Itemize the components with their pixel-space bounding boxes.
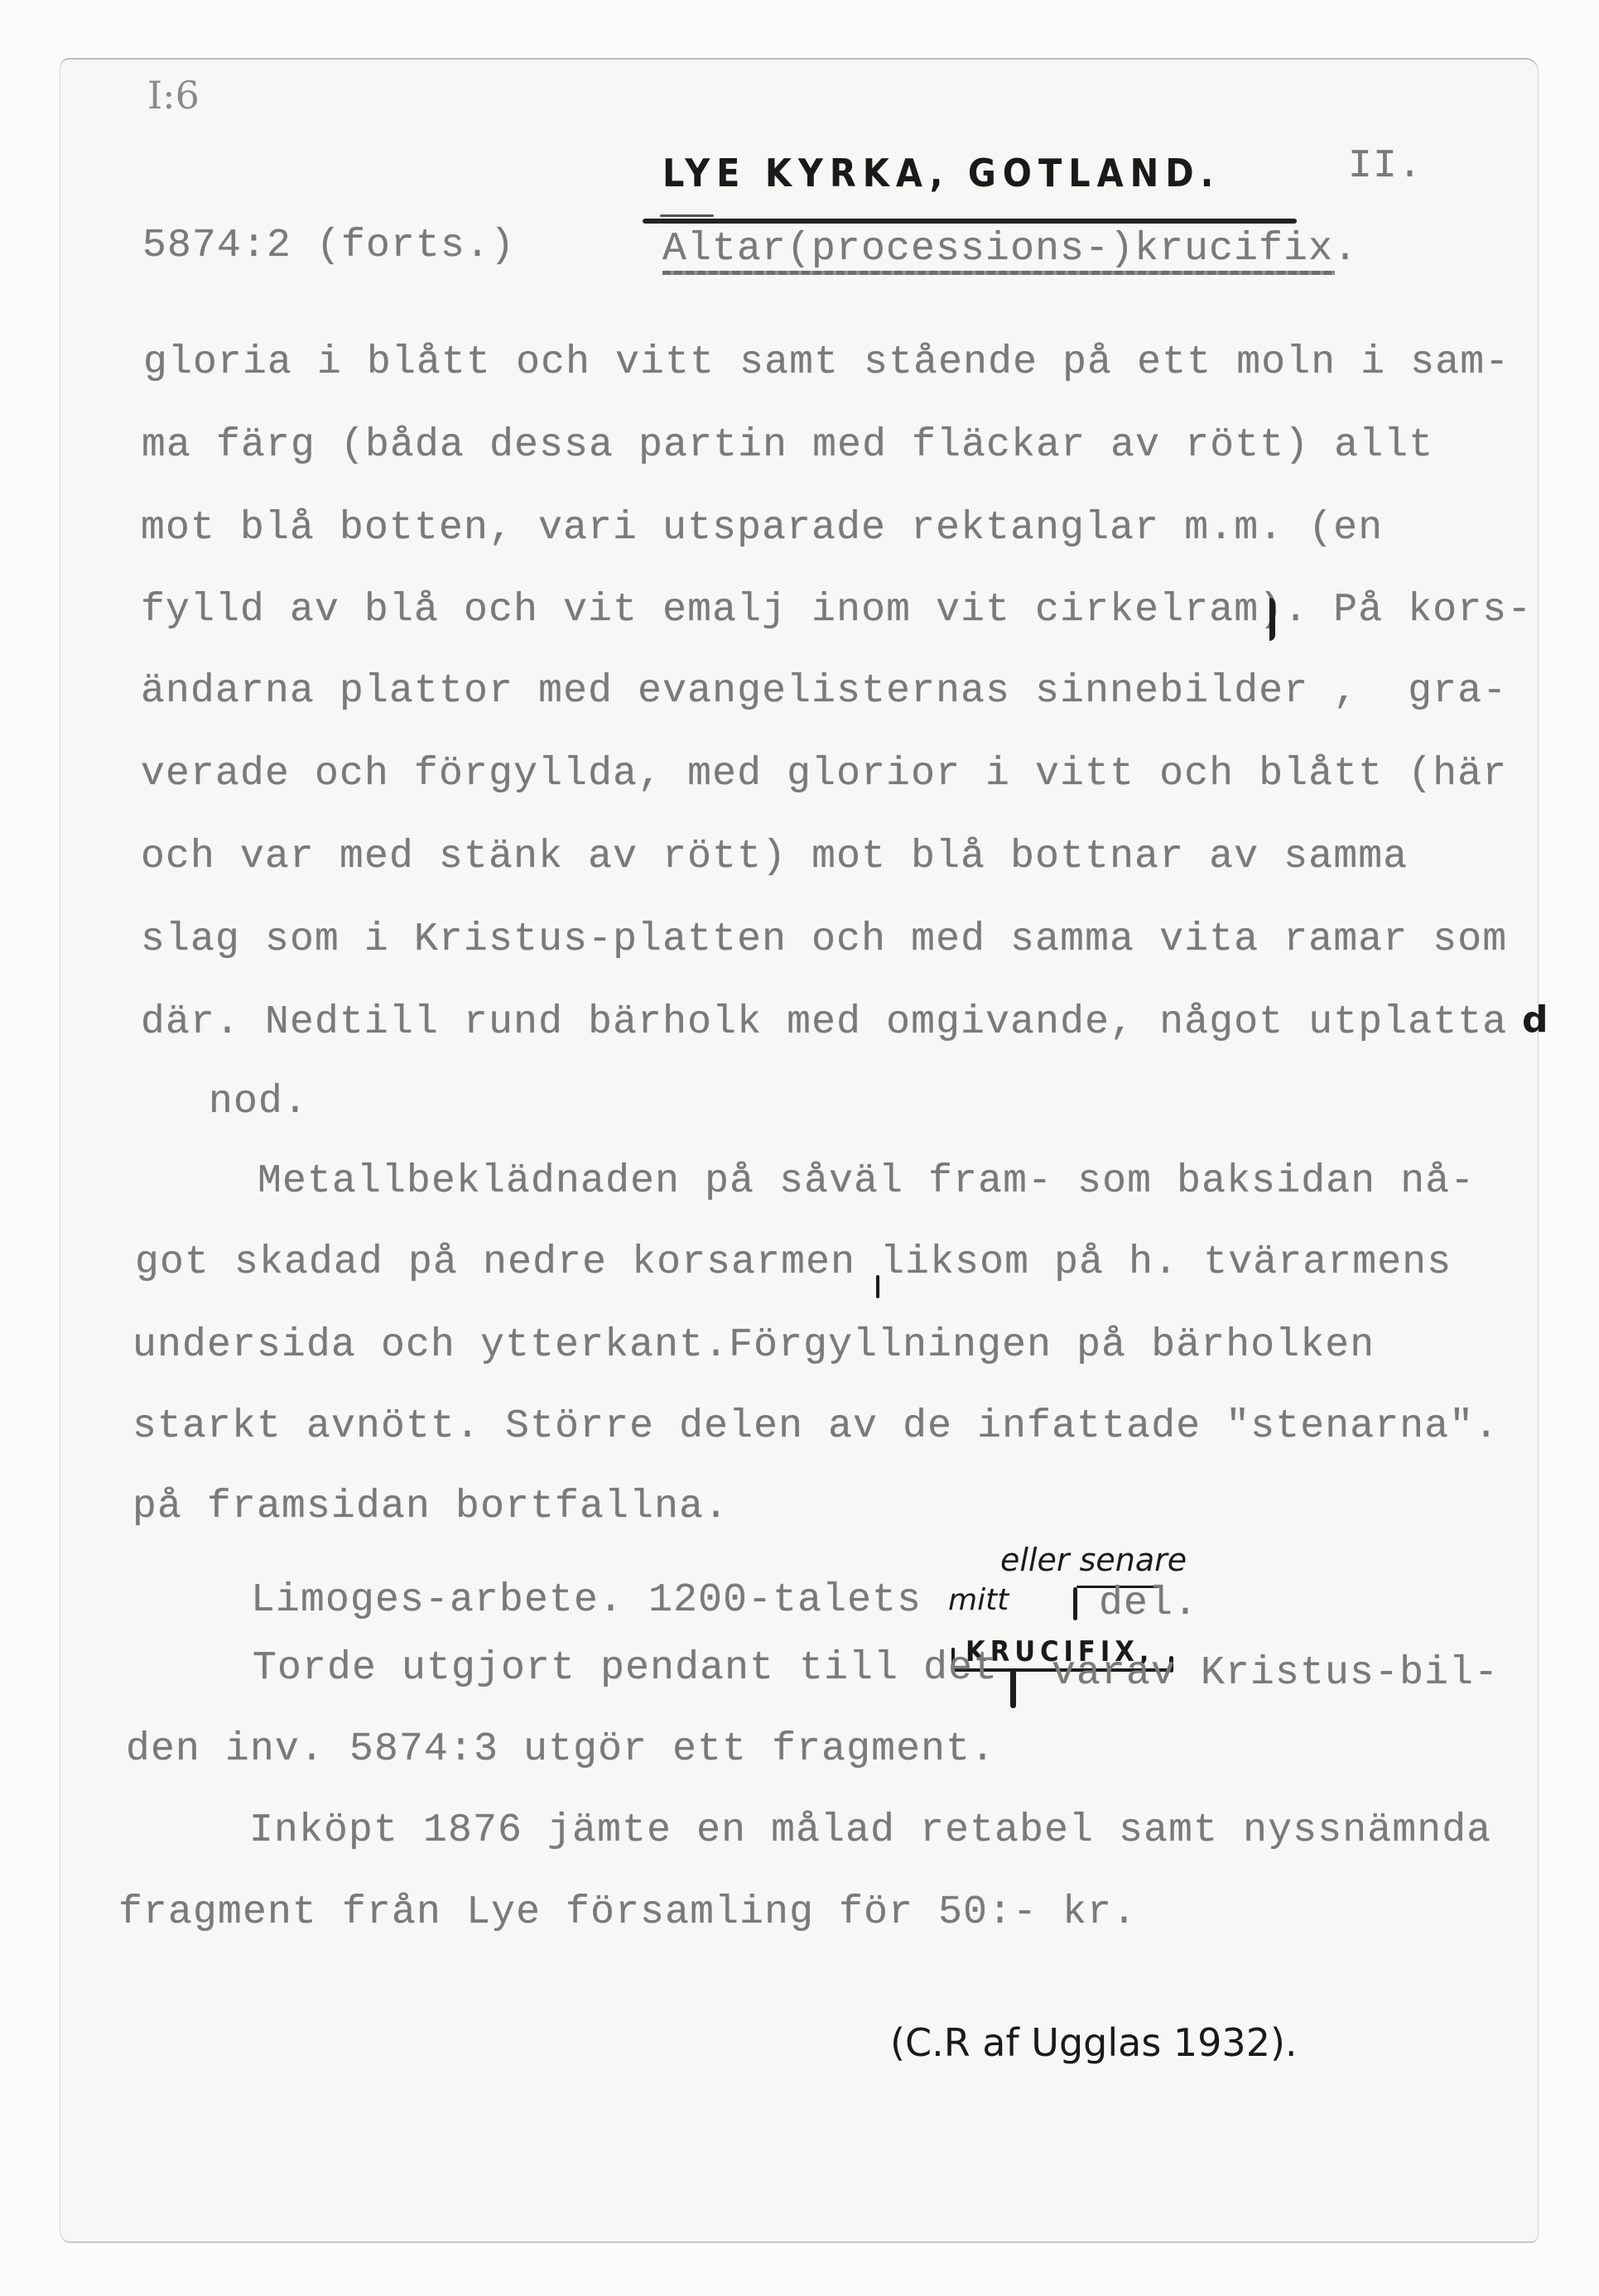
handwritten-eller-senare: eller senare [1000, 1542, 1187, 1578]
body-line-3: mot blå botten, vari utsparade rektangla… [141, 508, 1383, 549]
header-divider-line [643, 219, 1297, 224]
body-line-5: ändarna plattor med evangelisternas sinn… [141, 671, 1507, 712]
body-line-10: nod. [209, 1081, 308, 1123]
body-line-19: Inköpt 1876 jämte en målad retabel samt … [249, 1810, 1491, 1851]
header-location-handwritten: LYE KYRKA, GOTLAND. [662, 151, 1220, 195]
body-line-16: Limoges-arbete. 1200-talets [251, 1580, 922, 1621]
body-line-9: där. Nedtill rund bärholk med omgivande,… [141, 1002, 1507, 1043]
body-line-14: starkt avnött. Större delen av de infatt… [132, 1406, 1499, 1447]
krucifix-caret [1010, 1668, 1016, 1708]
body-line-1: gloria i blått och vitt samt stående på … [143, 342, 1510, 383]
body-line-16-end: del. [1099, 1583, 1198, 1625]
body-line-6: verade och förgyllda, med glorior i vitt… [141, 753, 1507, 795]
comma-insertion-mark [876, 1275, 879, 1298]
object-title-underline [662, 271, 1335, 275]
body-line-11: Metallbeklädnaden på såväl fram- som bak… [258, 1161, 1475, 1202]
object-title: Altar(processions-)krucifix. [662, 229, 1358, 270]
sheet-number: II. [1348, 146, 1423, 187]
body-line-7: och var med stänk av rött) mot blå bottn… [141, 836, 1408, 878]
location-underline-short [660, 214, 714, 217]
body-line-2: ma färg (båda dessa partin med fläckar a… [142, 425, 1433, 466]
bracket-mark [1269, 598, 1275, 641]
body-line-20: fragment från Lye församling för 50:- kr… [118, 1892, 1137, 1933]
body-line-4: fylld av blå och vit emalj inom vit cirk… [141, 590, 1532, 631]
signature: (C.R af Ugglas 1932). [890, 2020, 1298, 2065]
body-line-15: på framsidan bortfallna. [132, 1486, 729, 1528]
body-line-12: got skadad på nedre korsarmen liksom på … [135, 1242, 1452, 1283]
body-line-17-end: varav Kristus-bil- [1052, 1653, 1499, 1694]
inventory-number: 5874:2 (forts.) [142, 225, 515, 267]
body-line-8: slag som i Kristus-platten och med samma… [141, 919, 1507, 960]
corner-note: I:6 [147, 73, 200, 118]
handwritten-insertion-d: d [1522, 999, 1548, 1041]
body-line-18: den inv. 5874:3 utgör ett fragment. [126, 1729, 995, 1770]
handwritten-mitt: mitt [948, 1583, 1009, 1617]
body-line-17: Torde utgjort pendant till det [253, 1648, 998, 1689]
body-line-13: undersida och ytterkant.Förgyllningen på… [132, 1325, 1375, 1366]
insert-bracket-vertical [1073, 1587, 1077, 1620]
